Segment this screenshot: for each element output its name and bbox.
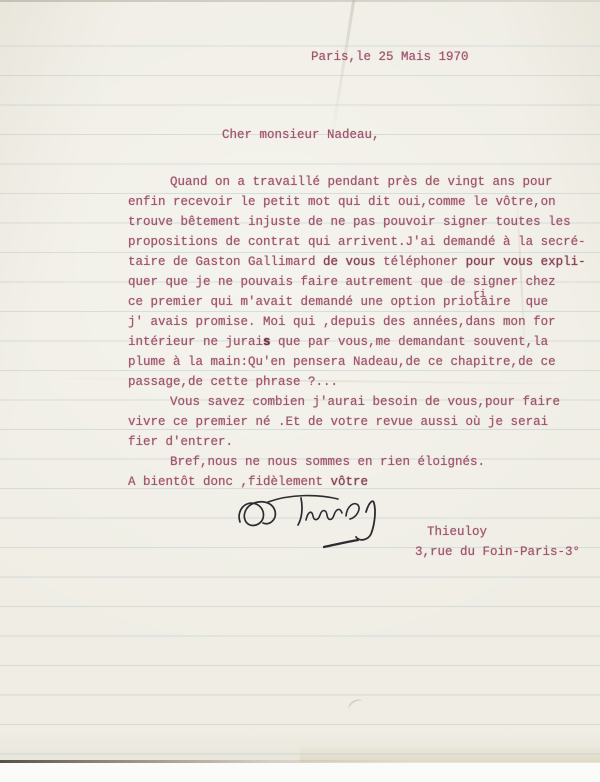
typed-address: 3,rue du Foin-Paris-3° (415, 542, 580, 562)
letter-line: fier d'entrer. (128, 432, 586, 452)
letter-line: vivre ce premier né .Et de votre revue a… (128, 412, 586, 432)
letter-line: intérieur ne jurais que par vous,me dema… (128, 332, 586, 352)
letter-sheet: Paris,le 25 Mais 1970 Cher monsieur Nade… (0, 0, 600, 763)
letter-line: Vous savez combien j'aurai besoin de vou… (128, 392, 586, 412)
letter-line: propositions de contrat qui arrivent.J'a… (128, 232, 586, 252)
scan-top-edge (0, 0, 600, 2)
letter-line: Quand on a travaillé pendant près de vin… (128, 172, 586, 192)
letter-line: enfin recevoir le petit mot qui dit oui,… (128, 192, 586, 212)
handwritten-signature (228, 490, 442, 562)
letter-line: quer que je ne pouvais faire autrement q… (128, 272, 586, 292)
letter-line: A bientôt donc ,fidèlement vôtre (128, 472, 586, 492)
letter-line: trouve bêtement injuste de ne pas pouvoi… (128, 212, 586, 232)
paper-bottom-edge (0, 760, 600, 763)
signature-block: Thieuloy 3,rue du Foin-Paris-3° (415, 522, 580, 562)
dateline: Paris,le 25 Mais 1970 (311, 50, 469, 64)
salutation: Cher monsieur Nadeau, (222, 128, 380, 142)
typed-name: Thieuloy (415, 522, 580, 542)
letter-line: taire de Gaston Gallimard de vous téléph… (128, 252, 586, 272)
letter-line: j' avais promise. Moi qui ,depuis des an… (128, 312, 586, 332)
letter-line: Bref,nous ne nous sommes en rien éloigné… (128, 452, 586, 472)
letter-body: Quand on a travaillé pendant près de vin… (128, 172, 586, 492)
letter-line: plume à la main:Qu'en pensera Nadeau,de … (128, 352, 586, 372)
letter-line: ce premier qui m'avait demandé une optio… (128, 292, 586, 312)
letter-line: passage,de cette phrase ?... (128, 372, 586, 392)
